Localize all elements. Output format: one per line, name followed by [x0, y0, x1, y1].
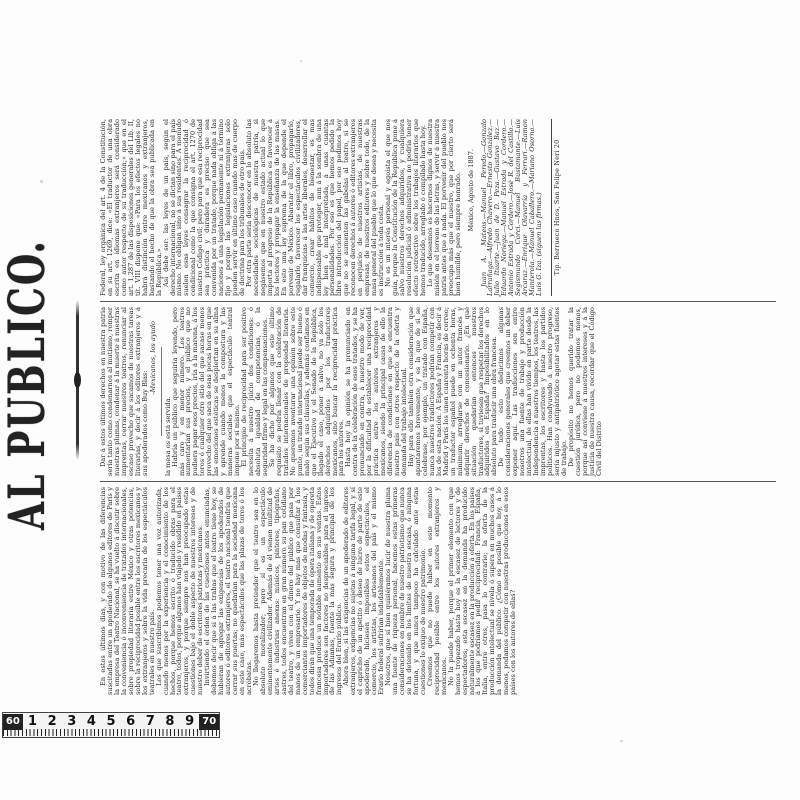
newspaper-page: AL PUBLICO. En estos últimos días, y con… [0, 0, 800, 800]
ruler-label: 7 [140, 714, 160, 730]
quote-attribution: -Mexicanos, los ayudo [150, 307, 157, 476]
ruler-label: 1 [23, 714, 43, 730]
paper-speck [40, 180, 43, 183]
paper-speck [300, 60, 302, 62]
printer-imprint: Tip. Berrueco Hnos, San Felipe Neri 20 [554, 119, 561, 296]
paragraph: Así debe ser: las leyes de un país, segú… [163, 119, 246, 296]
paragraph: De propósito no hemos querido tratar la … [568, 307, 603, 476]
paragraph: Se ha dicho por algunos que este último … [269, 307, 345, 476]
paragraph: No llegaremos hasta pretender que el tea… [253, 487, 343, 695]
ruler-label: 60 [3, 714, 23, 730]
column-3: Federal, ley orgánica del art. 4 de la C… [100, 114, 776, 302]
paper-speck [620, 740, 623, 742]
ruler-label: 2 [42, 714, 62, 730]
divider [161, 347, 162, 436]
signatures: Juan A. Mateos.—Manuel Peredo.—Gonzalo L… [481, 119, 544, 296]
ruler-label: 8 [160, 714, 180, 730]
ruler-ticks [3, 729, 219, 736]
signature-list: Juan A. Mateos.—Manuel Peredo.—Gonzalo L… [481, 119, 544, 296]
paragraph: De todo esto deducimos algunas considera… [498, 307, 568, 476]
paragraph: Federal, ley orgánica del art. 4 de la C… [100, 119, 163, 296]
paragraph: Nosotros, que sí bien quisiéramos lucir … [385, 487, 427, 695]
paragraph: El principio de reciprocidad para ser po… [241, 307, 269, 476]
ruler-labels: 60 1 2 3 4 5 6 7 8 9 70 [3, 714, 219, 730]
paragraph: No es un interés personal y egoísta el q… [385, 119, 427, 296]
column-1: En estos últimos días, y con motivo de l… [100, 482, 776, 700]
paragraph: En estos últimos días, y con motivo de l… [100, 487, 156, 695]
paragraph: No la puede haber, porque el primer elem… [448, 487, 518, 695]
paragraph: Hasta hoy la opinión se ha pronunciado e… [345, 307, 408, 476]
footer-divider [551, 119, 552, 296]
paragraph: Lo que deseamos es hacernos dignos de nu… [427, 119, 462, 296]
paragraph: Dar á estos últimos derechos en nuestra … [100, 307, 149, 476]
ruler-label: 6 [121, 714, 141, 730]
measurement-ruler: 60 1 2 3 4 5 6 7 8 9 70 [2, 712, 220, 738]
date-line: México, Agosto de 1887. [468, 119, 475, 296]
page-title: AL PUBLICO. [4, 336, 50, 530]
paragraph: Por otra parte sería desconocer en lo ab… [246, 119, 385, 296]
paragraph: Ahora bien, si las exigencias de un apod… [343, 487, 385, 695]
paragraph: Creemos que no puede haber en este momen… [427, 487, 448, 695]
column-2: Dar á estos últimos derechos en nuestra … [100, 302, 776, 482]
ruler-label: 9 [180, 714, 200, 730]
paragraph: Hay para ello también otra consideración… [408, 307, 498, 476]
paragraph: Habría un público que seguiría leyendo, … [172, 307, 242, 476]
paragraph: Invirtiendo el órden de las cuestiones a… [204, 487, 253, 695]
paragraph: Los que suscribimos podemos tener una vo… [156, 487, 205, 695]
ornamental-rule [76, 300, 79, 460]
ruler-label: 4 [82, 714, 102, 730]
ruler-label: 70 [199, 714, 219, 730]
ruler-label: 5 [101, 714, 121, 730]
ruler-label: 3 [62, 714, 82, 730]
